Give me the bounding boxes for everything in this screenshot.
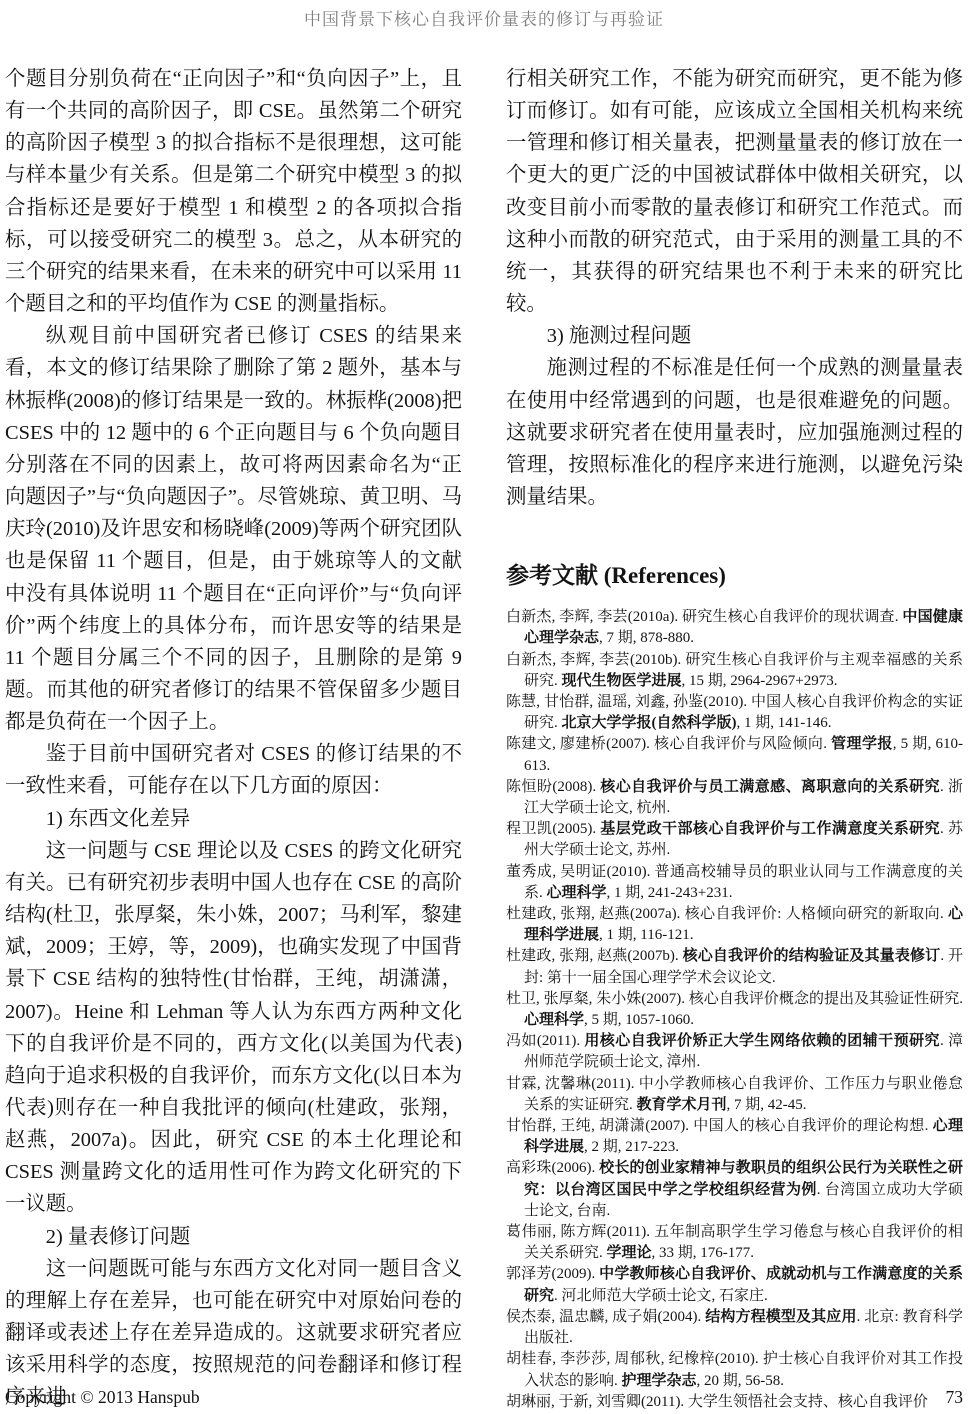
reference-text: 杜建政, 张翔, 赵燕(2007a). 核心自我评价: 人格倾向研究的新取向. [506, 906, 948, 922]
references-list: 白新杰, 李辉, 李芸(2010a). 研究生核心自我评价的现状调查. 中国健康… [506, 607, 963, 1413]
reference-text: , 1 期, 241-243+231. [607, 885, 733, 901]
reference-text: 高彩珠(2006). [506, 1160, 599, 1176]
body-paragraph: 1) 东西文化差异 [5, 803, 462, 835]
references-heading: 参考文献 (References) [506, 557, 963, 590]
reference-text: 杜卫, 张厚粲, 朱小姝(2007). 核心自我评价概念的提出及其验证性研究. [506, 991, 963, 1007]
copyright-notice: Copyright © 2013 Hanspub [5, 1387, 200, 1408]
reference-title-bold: 核心自我评价的结构验证及其量表修订 [683, 948, 941, 964]
right-column-text: 行相关研究工作，不能为研究而研究，更不能为修订而修订。如有可能，应该成立全国相关… [506, 63, 963, 513]
page-number: 73 [946, 1387, 964, 1408]
page-footer: Copyright © 2013 Hanspub 73 [5, 1387, 963, 1408]
reference-item: 程卫凯(2005). 基层党政干部核心自我评价与工作满意度关系研究. 苏州大学硕… [506, 819, 963, 861]
reference-text: , 15 期, 2964-2967+2973. [682, 673, 838, 689]
reference-title-bold: 北京大学学报(自然科学版) [562, 715, 737, 731]
body-paragraph: 3) 施测过程问题 [506, 320, 963, 352]
reference-title-bold: 用核心自我评价矫正大学生网络依赖的团辅干预研究 [584, 1033, 940, 1049]
body-paragraph: 这一问题与 CSE 理论以及 CSES 的跨文化研究有关。已有研究初步表明中国人… [5, 835, 462, 1221]
body-paragraph: 鉴于目前中国研究者对 CSES 的修订结果的不一致性来看，可能存在以下几方面的原… [5, 738, 462, 802]
reference-item: 胡桂春, 李莎莎, 周郁秋, 纪橡梓(2010). 护士核心自我评价对其工作投入… [506, 1349, 963, 1391]
reference-item: 高彩珠(2006). 校长的创业家精神与教职员的组织公民行为关联性之研究：以台湾… [506, 1158, 963, 1222]
reference-text: 程卫凯(2005). [506, 821, 600, 837]
running-head-title: 中国背景下核心自我评价量表的修订与再验证 [0, 0, 968, 30]
reference-item: 陈慧, 甘怡群, 温瑶, 刘鑫, 孙鉴(2010). 中国人核心自我评价构念的实… [506, 692, 963, 734]
reference-text: , 33 期, 176-177. [652, 1245, 755, 1261]
reference-text: , 1 期, 116-121. [599, 927, 693, 943]
reference-item: 白新杰, 李辉, 李芸(2010a). 研究生核心自我评价的现状调查. 中国健康… [506, 607, 963, 649]
reference-text: 陈建文, 廖建桥(2007). 核心自我评价与风险倾向. [506, 736, 831, 752]
reference-item: 侯杰泰, 温忠麟, 成子娟(2004). 结构方程模型及其应用. 北京: 教育科… [506, 1307, 963, 1349]
reference-text: 侯杰泰, 温忠麟, 成子娟(2004). [506, 1309, 705, 1325]
body-paragraph: 行相关研究工作，不能为研究而研究，更不能为修订而修订。如有可能，应该成立全国相关… [506, 63, 963, 320]
reference-text: , 7 期, 878-880. [599, 630, 694, 646]
reference-text: 陈恒盼(2008). [506, 779, 600, 795]
body-paragraph: 纵观目前中国研究者已修订 CSES 的结果来看，本文的修订结果除了删除了第 2 … [5, 320, 462, 738]
reference-title-bold: 学理论 [607, 1245, 652, 1261]
reference-title-bold: 教育学术月刊 [637, 1097, 727, 1113]
reference-text: , 5 期, 1057-1060. [584, 1012, 694, 1028]
reference-item: 冯如(2011). 用核心自我评价矫正大学生网络依赖的团辅干预研究. 漳州师范学… [506, 1031, 963, 1073]
body-paragraph: 2) 量表修订问题 [5, 1221, 462, 1253]
reference-text: 冯如(2011). [506, 1033, 584, 1049]
reference-item: 杜建政, 张翔, 赵燕(2007a). 核心自我评价: 人格倾向研究的新取向. … [506, 904, 963, 946]
reference-title-bold: 现代生物医学进展 [562, 673, 682, 689]
reference-item: 郭泽芳(2009). 中学教师核心自我评价、成就动机与工作满意度的关系研究. 河… [506, 1264, 963, 1306]
reference-item: 葛伟丽, 陈方辉(2011). 五年制高职学生学习倦怠与核心自我评价的相关关系研… [506, 1222, 963, 1264]
reference-text: , 1 期, 141-146. [737, 715, 832, 731]
reference-item: 陈恒盼(2008). 核心自我评价与员工满意感、离职意向的关系研究. 浙江大学硕… [506, 777, 963, 819]
right-column: 行相关研究工作，不能为研究而研究，更不能为修订而修订。如有可能，应该成立全国相关… [506, 63, 963, 1414]
reference-text: 杜建政, 张翔, 赵燕(2007b). [506, 948, 683, 964]
reference-item: 杜建政, 张翔, 赵燕(2007b). 核心自我评价的结构验证及其量表修订. 开… [506, 946, 963, 988]
reference-title-bold: 心理科学 [547, 885, 607, 901]
reference-item: 陈建文, 廖建桥(2007). 核心自我评价与风险倾向. 管理学报, 5 期, … [506, 734, 963, 776]
paper-page: 中国背景下核心自我评价量表的修订与再验证 个题目分别负荷在“正向因子”和“负向因… [0, 0, 968, 1414]
reference-item: 白新杰, 李辉, 李芸(2010b). 研究生核心自我评价与主观幸福感的关系研究… [506, 650, 963, 692]
reference-text: 郭泽芳(2009). [506, 1266, 599, 1282]
reference-text: 甘怡群, 王纯, 胡潇潇(2007). 中国人的核心自我评价的理论构想. [506, 1118, 933, 1134]
reference-title-bold: 心理科学 [524, 1012, 584, 1028]
reference-item: 杜卫, 张厚粲, 朱小姝(2007). 核心自我评价概念的提出及其验证性研究. … [506, 989, 963, 1031]
body-paragraph: 个题目分别负荷在“正向因子”和“负向因子”上，且有一个共同的高阶因子，即 CSE… [5, 63, 462, 320]
reference-title-bold: 基层党政干部核心自我评价与工作满意度关系研究 [600, 821, 940, 837]
reference-item: 董秀成, 吴明证(2010). 普通高校辅导员的职业认同与工作满意度的关系. 心… [506, 862, 963, 904]
reference-title-bold: 核心自我评价与员工满意感、离职意向的关系研究 [600, 779, 940, 795]
reference-text: , 2 期, 217-223. [584, 1139, 679, 1155]
reference-text: 白新杰, 李辉, 李芸(2010a). 研究生核心自我评价的现状调查. [506, 609, 902, 625]
reference-text: . 河北师范大学硕士论文, 石家庄. [554, 1288, 768, 1304]
two-column-body: 个题目分别负荷在“正向因子”和“负向因子”上，且有一个共同的高阶因子，即 CSE… [0, 63, 968, 1414]
reference-item: 甘霖, 沈馨琳(2011). 中小学教师核心自我评价、工作压力与职业倦怠关系的实… [506, 1074, 963, 1116]
body-paragraph: 施测过程的不标准是任何一个成熟的测量量表在使用中经常遇到的问题，也是很难避免的问… [506, 352, 963, 513]
reference-title-bold: 管理学报 [831, 736, 893, 752]
reference-item: 甘怡群, 王纯, 胡潇潇(2007). 中国人的核心自我评价的理论构想. 心理科… [506, 1116, 963, 1158]
references-heading-cn: 参考文献 [506, 562, 598, 588]
reference-title-bold: 结构方程模型及其应用 [705, 1309, 856, 1325]
references-heading-en: (References) [598, 563, 726, 588]
left-column: 个题目分别负荷在“正向因子”和“负向因子”上，且有一个共同的高阶因子，即 CSE… [5, 63, 462, 1414]
reference-text: , 7 期, 42-45. [727, 1097, 807, 1113]
